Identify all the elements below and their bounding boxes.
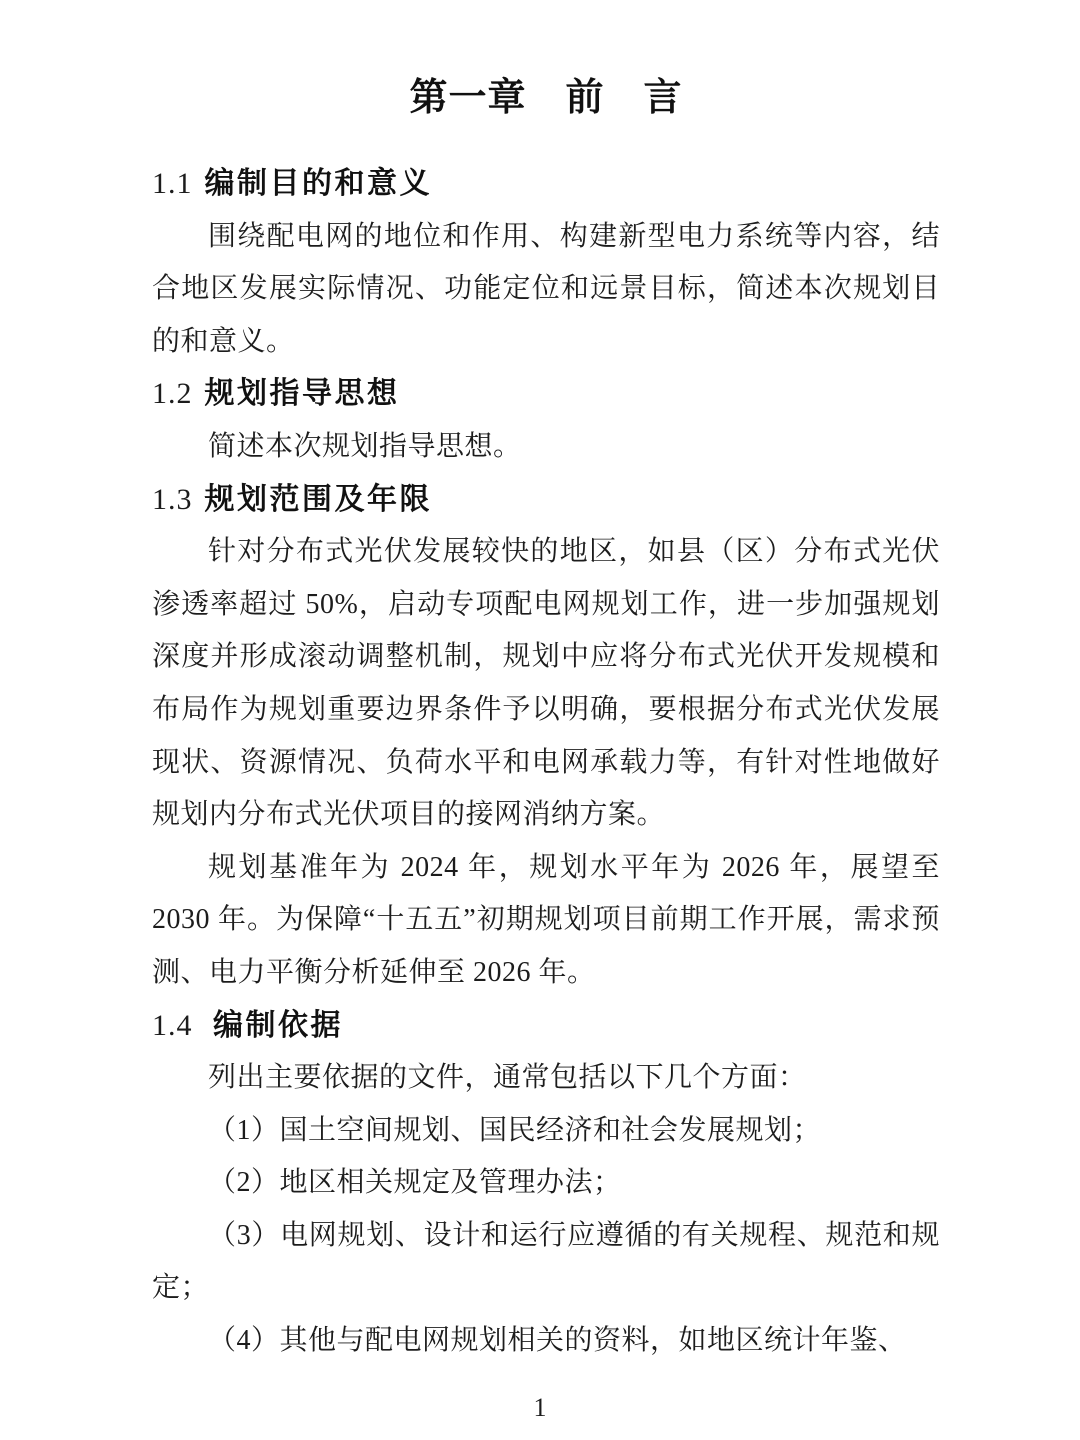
section-number: 1.1 xyxy=(152,167,193,200)
section-heading-1-3: 1.3规划范围及年限 xyxy=(152,474,940,527)
page-number: 1 xyxy=(0,1390,1080,1426)
paragraph: 规划基准年为 2024 年，规划水平年为 2026 年，展望至 2030 年。为… xyxy=(152,842,940,1000)
section-number: 1.4 xyxy=(152,1009,201,1042)
document-page: 第一章 前 言 1.1编制目的和意义 围绕配电网的地位和作用、构建新型电力系统等… xyxy=(152,74,940,1368)
section-number: 1.2 xyxy=(152,377,193,410)
section-label: 编制目的和意义 xyxy=(205,166,433,201)
paragraph: 简述本次规划指导思想。 xyxy=(152,421,940,474)
list-item: （1）国土空间规划、国民经济和社会发展规划； xyxy=(152,1105,940,1158)
section-label: 编制依据 xyxy=(213,1008,343,1043)
section-number: 1.3 xyxy=(152,483,193,516)
chapter-title: 第一章 前 言 xyxy=(152,74,940,120)
paragraph: 列出主要依据的文件，通常包括以下几个方面： xyxy=(152,1052,940,1105)
section-heading-1-4: 1.4 编制依据 xyxy=(152,1000,940,1053)
list-item: （3）电网规划、设计和运行应遵循的有关规程、规范和规定； xyxy=(152,1210,940,1315)
list-item: （2）地区相关规定及管理办法； xyxy=(152,1157,940,1210)
list-item: （4）其他与配电网规划相关的资料，如地区统计年鉴、 xyxy=(152,1315,940,1368)
section-label: 规划范围及年限 xyxy=(205,482,433,517)
paragraph: 围绕配电网的地位和作用、构建新型电力系统等内容，结合地区发展实际情况、功能定位和… xyxy=(152,211,940,369)
section-heading-1-2: 1.2规划指导思想 xyxy=(152,368,940,421)
section-label: 规划指导思想 xyxy=(205,376,400,411)
section-heading-1-1: 1.1编制目的和意义 xyxy=(152,158,940,211)
paragraph: 针对分布式光伏发展较快的地区，如县（区）分布式光伏渗透率超过 50%，启动专项配… xyxy=(152,526,940,842)
